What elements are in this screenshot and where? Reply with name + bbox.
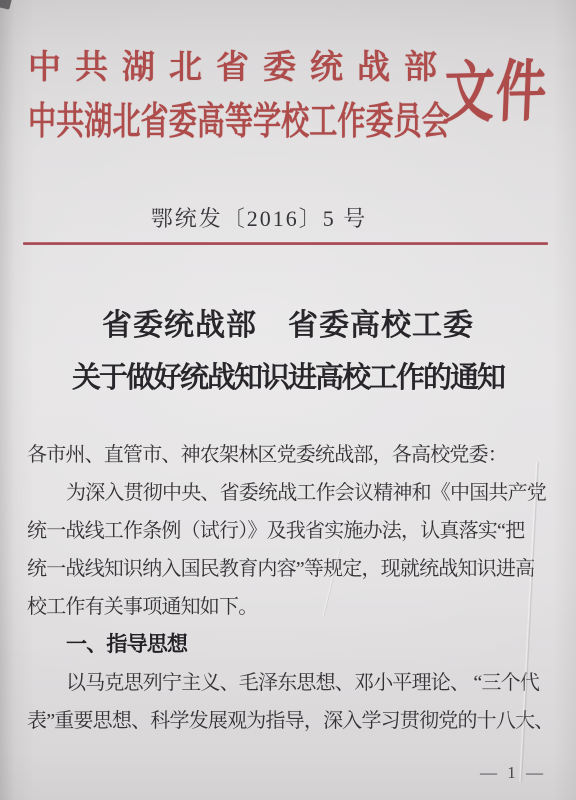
document-body: 各市州、直管市、神农架林区党委统战部，各高校党委： 为深入贯彻中央、省委统战工作… — [27, 436, 548, 740]
body-line: 统一战线工作条例（试行）》及我省实施办法，认真落实“把 — [27, 512, 548, 550]
title-line-1: 省委统战部 省委高校工委 — [0, 307, 576, 344]
document-header: 中共湖北省委统战部 中共湖北省委高等学校工作委员会 文件 — [28, 48, 576, 143]
body-line: 统一战线知识纳入国民教育内容”等规定，现就统战知识进高 — [27, 550, 548, 588]
section-heading-guiding-ideology: 一、指导思想 — [27, 626, 548, 664]
body-line: 校工作有关事项通知如下。 — [27, 588, 548, 626]
doc-type-label: 文件 — [443, 57, 549, 129]
scan-artifact-corner — [0, 0, 12, 10]
body-line: 为深入贯彻中央、省委统战工作会议精神和《中国共产党 — [27, 474, 548, 512]
document-title: 省委统战部 省委高校工委 关于做好统战知识进高校工作的通知 — [0, 307, 576, 397]
document-number: 鄂统发〔2016〕5 号 — [0, 202, 518, 233]
red-separator-line — [23, 242, 548, 245]
title-line-2: 关于做好统战知识进高校工作的通知 — [0, 360, 576, 397]
body-line: 表”重要思想、科学发展观为指导，深入学习贯彻党的十八大、 — [27, 702, 548, 740]
document-page: 中共湖北省委统战部 中共湖北省委高等学校工作委员会 文件 鄂统发〔2016〕5 … — [0, 0, 576, 800]
salutation-line: 各市州、直管市、神农架林区党委统战部，各高校党委： — [27, 436, 548, 474]
body-line: 以马克思列宁主义、毛泽东思想、邓小平理论、 “三个代 — [27, 664, 548, 702]
issuing-org-line-2: 中共湖北省委高等学校工作委员会 — [28, 101, 434, 143]
page-number: — 1 — — [480, 763, 546, 783]
